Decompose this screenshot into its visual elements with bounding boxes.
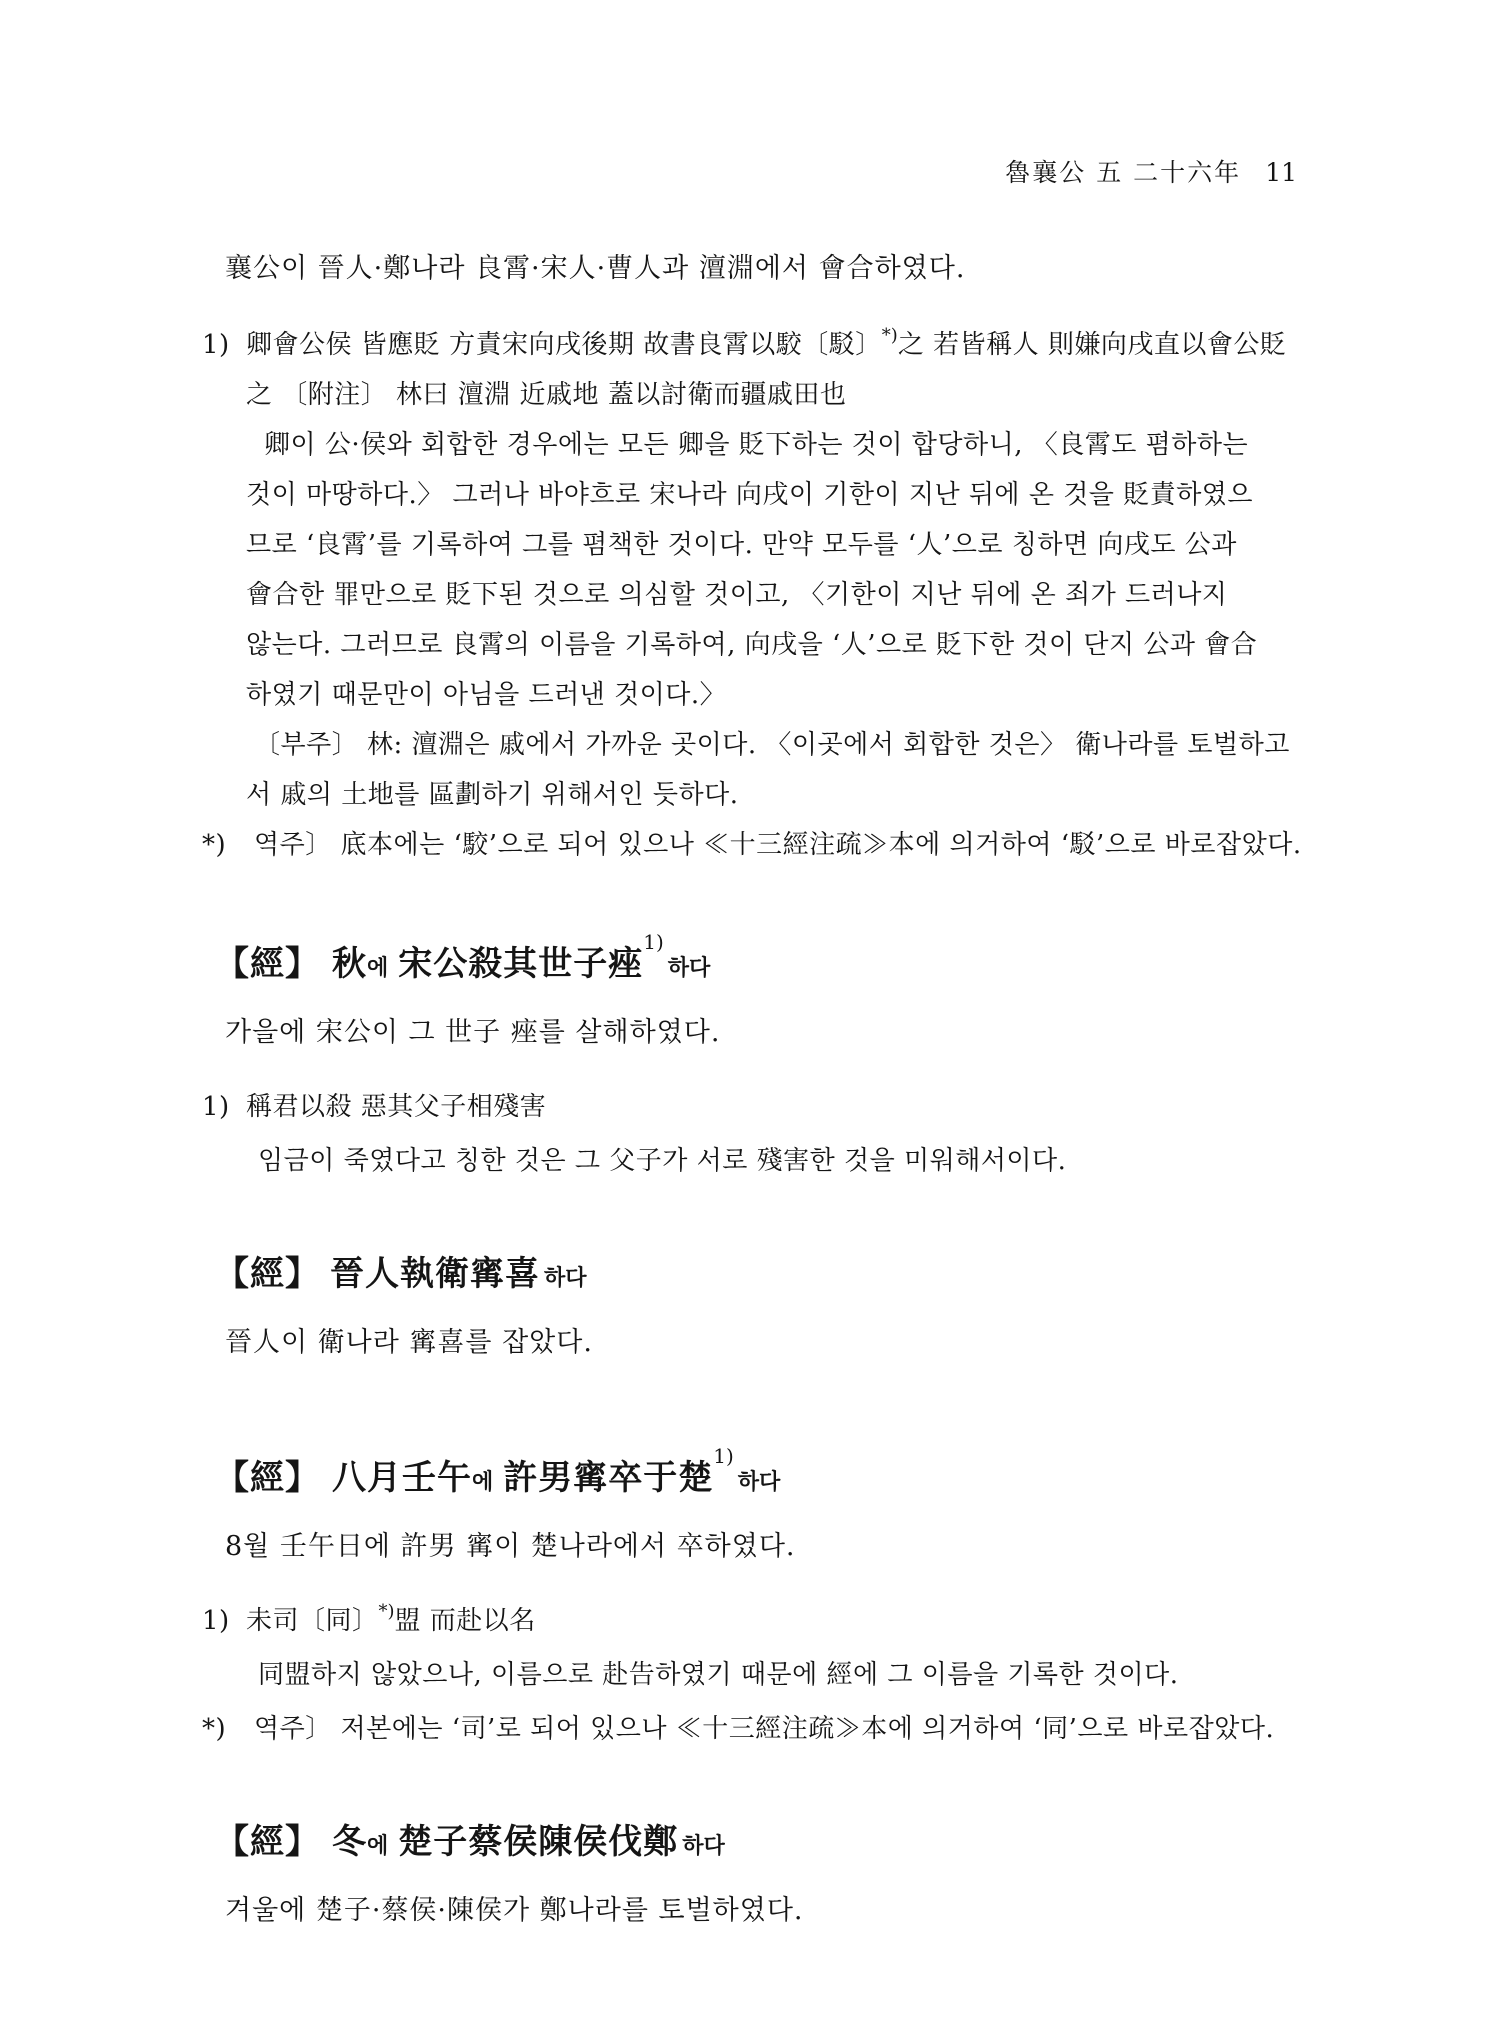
jing-note-3-korean: 同盟하지 않았으나, 이름으로 赴告하였기 때문에 經에 그 이름을 기록한 것…: [246, 1648, 1385, 1702]
jing-note-1: 1) 稱君以殺 惡其父子相殘害 임금이 죽였다고 칭한 것은 그 父子가 서로 …: [202, 1080, 1385, 1188]
jing-heading-3: 【經】八月壬午에許男寗卒于楚1)하다: [215, 1454, 1385, 1506]
jing-note-1-marker: 1): [202, 1080, 246, 1188]
jing-heading-4: 【經】冬에楚子蔡侯陳侯伐鄭하다: [215, 1818, 1385, 1870]
jing-heading-3-tail: 하다: [738, 1469, 781, 1495]
jing-label: 【經】: [215, 944, 320, 984]
footnote-1-body: 卿會公侯 皆應貶 方責宋向戌後期 故書良霄以駮〔駁〕*)之 若皆稱人 則嫌向戌直…: [246, 320, 1385, 820]
yeokju-2-text: 역주〕 저본에는 ‘司’로 되어 있으나 ≪十三經注疏≫本에 의거하여 ‘同’으…: [254, 1702, 1274, 1756]
footnote-1-chinese-line-1-pre: 卿會公侯 皆應貶 方責宋向戌後期 故書良霄以駮〔駁〕: [246, 330, 882, 360]
footnote-1-chinese-line-1: 卿會公侯 皆應貶 方責宋向戌後期 故書良霄以駮〔駁〕*)之 若皆稱人 則嫌向戌直…: [246, 320, 1385, 370]
jing-label: 【經】: [215, 1822, 320, 1862]
jing-note-1-korean: 임금이 죽였다고 칭한 것은 그 父子가 서로 殘害한 것을 미워해서이다.: [246, 1134, 1385, 1188]
yeokju-1-text: 역주〕 底本에는 ‘駮’으로 되어 있으나 ≪十三經注疏≫本에 의거하여 ‘駁’…: [254, 820, 1302, 870]
jing-heading-3-footnote-ref: 1): [713, 1444, 734, 1468]
yeokju-1-marker: *): [202, 820, 254, 870]
jing-note-3-row: 1) 未司〔同〕*)盟 而赴以名 同盟하지 않았으나, 이름으로 赴告하였기 때…: [202, 1594, 1385, 1702]
jing-translation-2: 晉人이 衛나라 寗喜를 잡았다.: [225, 1326, 1385, 1360]
jing-heading-1-footnote-ref: 1): [643, 930, 664, 954]
jing-heading-1-hanja: 宋公殺其世子痤: [398, 944, 643, 984]
jing-note-1-row: 1) 稱君以殺 惡其父子相殘害 임금이 죽였다고 칭한 것은 그 父子가 서로 …: [202, 1080, 1385, 1188]
jing-note-1-chinese: 稱君以殺 惡其父子相殘害: [246, 1080, 1385, 1134]
jing-heading-3-particle: 에: [472, 1469, 493, 1495]
footnote-1-buju-line: 서 戚의 土地를 區劃하기 위해서인 듯하다.: [246, 770, 1385, 820]
jing-heading-2-tail: 하다: [544, 1265, 587, 1291]
jing-heading-4-hanja: 冬: [332, 1822, 367, 1862]
jing-heading-4-particle: 에: [367, 1833, 388, 1859]
jing-note-3-chinese: 未司〔同〕*)盟 而赴以名: [246, 1594, 1385, 1648]
footnote-1-korean-line: 므로 ‘良霄’를 기록하여 그를 폄책한 것이다. 만약 모두를 ‘人’으로 칭…: [246, 520, 1385, 570]
footnote-1-korean-line: 않는다. 그러므로 良霄의 이름을 기록하여, 向戌을 ‘人’으로 貶下한 것이…: [246, 620, 1385, 670]
scanned-document-page: 魯襄公 五 二十六年11 襄公이 晉人·鄭나라 良霄·宋人·曹人과 澶淵에서 會…: [0, 0, 1495, 2023]
jing-note-3: 1) 未司〔同〕*)盟 而赴以名 同盟하지 않았으나, 이름으로 赴告하였기 때…: [202, 1594, 1385, 1756]
lead-translation: 襄公이 晉人·鄭나라 良霄·宋人·曹人과 澶淵에서 會合하였다.: [225, 252, 1385, 286]
yeokju-1-row: *) 역주〕 底本에는 ‘駮’으로 되어 있으나 ≪十三經注疏≫本에 의거하여 …: [202, 820, 1385, 870]
jing-heading-1-tail: 하다: [668, 955, 711, 981]
footnote-1-korean-line: 會合한 罪만으로 貶下된 것으로 의심할 것이고, 〈기한이 지난 뒤에 온 죄…: [246, 570, 1385, 620]
jing-translation-1: 가을에 宋公이 그 世子 痤를 살해하였다.: [225, 1016, 1385, 1050]
page-content: 魯襄公 五 二十六年11 襄公이 晉人·鄭나라 良霄·宋人·曹人과 澶淵에서 會…: [0, 0, 1495, 1928]
footnote-1-korean-line: 하였기 때문만이 아님을 드러낸 것이다.〉: [246, 670, 1385, 720]
jing-heading-4-tail: 하다: [682, 1833, 725, 1859]
jing-heading-1: 【經】秋에宋公殺其世子痤1)하다: [215, 940, 1385, 992]
footnote-1-buju-line: 〔부주〕 林: 澶淵은 戚에서 가까운 곳이다. 〈이곳에서 회합한 것은〉 衛…: [246, 720, 1385, 770]
footnote-1-chinese-line-1-post: 之 若皆稱人 則嫌向戌直以會公貶: [898, 330, 1287, 360]
jing-label: 【經】: [215, 1458, 320, 1498]
jing-note-3-chinese-pre: 未司〔同〕: [246, 1606, 379, 1636]
jing-note-1-body: 稱君以殺 惡其父子相殘害 임금이 죽였다고 칭한 것은 그 父子가 서로 殘害한…: [246, 1080, 1385, 1188]
jing-note-3-marker: 1): [202, 1594, 246, 1702]
jing-note-3-chinese-post: 盟 而赴以名: [395, 1606, 536, 1636]
yeokju-2-row: *) 역주〕 저본에는 ‘司’로 되어 있으나 ≪十三經注疏≫本에 의거하여 ‘…: [202, 1702, 1385, 1756]
yeokju-2-marker: *): [202, 1702, 254, 1756]
jing-translation-3: 8월 壬午日에 許男 寗이 楚나라에서 卒하였다.: [225, 1530, 1385, 1564]
jing-heading-3-hanja: 許男寗卒于楚: [503, 1458, 713, 1498]
footnote-1-korean-line: 것이 마땅하다.〉 그러나 바야흐로 宋나라 向戌이 기한이 지난 뒤에 온 것…: [246, 470, 1385, 520]
footnote-1-correction-mark: *): [882, 325, 898, 346]
page-number: 11: [1265, 158, 1297, 187]
running-head: 魯襄公 五 二十六年11: [150, 158, 1385, 188]
jing-label: 【經】: [215, 1254, 320, 1294]
footnote-1-chinese-line-2: 之 〔附注〕 林曰 澶淵 近戚地 蓋以討衛而疆戚田也: [246, 370, 1385, 420]
jing-translation-4: 겨울에 楚子·蔡侯·陳侯가 鄭나라를 토벌하였다.: [225, 1894, 1385, 1928]
jing-heading-3-hanja: 八月壬午: [332, 1458, 472, 1498]
footnote-1-row: 1) 卿會公侯 皆應貶 方責宋向戌後期 故書良霄以駮〔駁〕*)之 若皆稱人 則嫌…: [202, 320, 1385, 820]
jing-heading-2: 【經】晉人執衛寗喜하다: [215, 1250, 1385, 1302]
footnote-1-marker: 1): [202, 320, 246, 820]
jing-heading-1-hanja: 秋: [332, 944, 367, 984]
jing-note-3-body: 未司〔同〕*)盟 而赴以名 同盟하지 않았으나, 이름으로 赴告하였기 때문에 …: [246, 1594, 1385, 1702]
jing-heading-4-hanja: 楚子蔡侯陳侯伐鄭: [398, 1822, 678, 1862]
running-head-title: 魯襄公 五 二十六年: [1005, 158, 1241, 187]
footnote-1-korean-line: 卿이 公·侯와 회합한 경우에는 모든 卿을 貶下하는 것이 합당하니, 〈良霄…: [246, 420, 1385, 470]
jing-note-3-correction-mark: *): [379, 1601, 395, 1622]
jing-heading-2-hanja: 晉人執衛寗喜: [330, 1254, 540, 1294]
footnote-block-1: 1) 卿會公侯 皆應貶 方責宋向戌後期 故書良霄以駮〔駁〕*)之 若皆稱人 則嫌…: [202, 320, 1385, 820]
jing-heading-1-particle: 에: [367, 955, 388, 981]
